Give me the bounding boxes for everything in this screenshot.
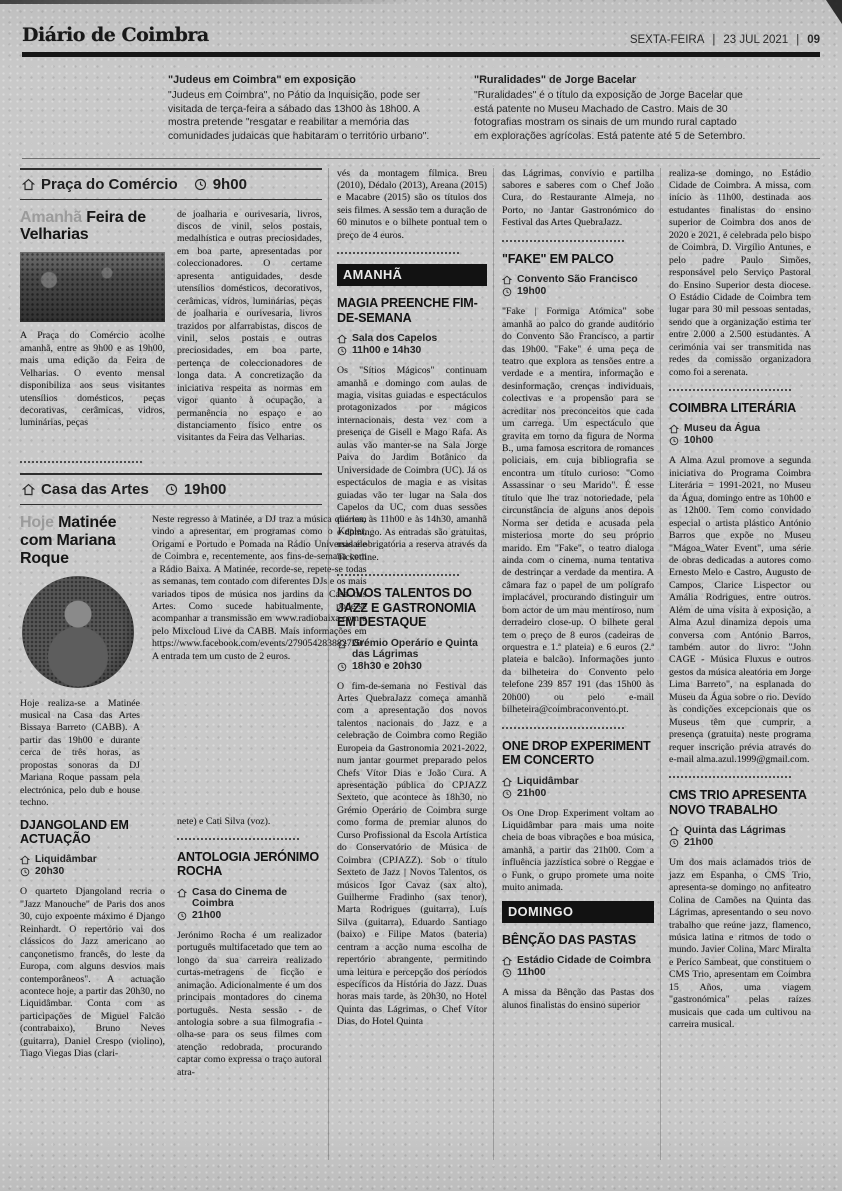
clock-icon — [502, 968, 512, 978]
casa-left-column: Hoje Matinée com Mariana Roque Hoje real… — [20, 514, 140, 816]
event-body: "Fake | Formiga Atómica" sobe amanhã ao … — [502, 306, 654, 716]
section-header-praca-comercio: Praça do Comércio 9h00 — [20, 168, 322, 200]
house-icon — [22, 178, 35, 191]
event-meta: Casa do Cinema de Coimbra 21h00 — [177, 887, 322, 921]
event-time: 11h00 e 14h30 — [337, 345, 487, 356]
event-title: CMS TRIO APRESENTA NOVO TRABALHO — [669, 788, 811, 817]
antologia-continuation: vés da montagem fílmica. Breu (2010), Dé… — [337, 168, 487, 243]
masthead-logo: Diário de Coimbra — [22, 24, 209, 46]
event-meta: Liquidâmbar 21h00 — [502, 776, 654, 799]
article-headline: Hoje Matinée com Mariana Roque — [20, 514, 140, 568]
event-body: Um dos mais aclamados trios de jazz em E… — [669, 857, 811, 1031]
article-headline: Amanhã Feira de Velharias — [20, 209, 165, 245]
event-time: 10h00 — [669, 435, 811, 446]
briefs-box: "Judeus em Coimbra" em exposição "Judeus… — [168, 73, 752, 144]
section-header-casa-artes: Casa das Artes 19h00 — [20, 473, 322, 505]
clock-icon — [502, 789, 512, 799]
praca-right-column: de joalharia e ourivesaria, livros, disc… — [177, 209, 322, 451]
clock-icon — [337, 662, 347, 672]
clock-icon — [669, 838, 679, 848]
event-time: 20h30 — [20, 866, 165, 877]
brief-judeus: "Judeus em Coimbra" em exposição "Judeus… — [168, 73, 440, 144]
event-time: 19h00 — [502, 286, 654, 297]
dotted-separator — [177, 837, 299, 840]
mariana-roque-photo — [22, 576, 134, 688]
event-venue: Grémio Operário e Quinta das Lágrimas — [337, 638, 487, 660]
event-cms-trio: CMS TRIO APRESENTA NOVO TRABALHO Quinta … — [669, 788, 811, 1031]
header-rule — [22, 52, 820, 57]
event-venue: Estádio Cidade de Coimbra — [502, 955, 654, 966]
event-bencao-pastas: BÊNÇÃO DAS PASTAS Estádio Cidade de Coim… — [502, 933, 654, 1012]
clock-icon — [20, 867, 30, 877]
event-body: A missa da Bênção das Pastas dos alunos … — [502, 987, 654, 1012]
article-text: A Praça do Comércio acolhe amanhã, entre… — [20, 330, 165, 430]
separator: | — [712, 34, 715, 46]
date: 23 JUL 2021 — [723, 34, 788, 46]
event-body: A Alma Azul promove a segunda iniciativa… — [669, 455, 811, 766]
event-meta: Estádio Cidade de Coimbra 11h00 — [502, 955, 654, 978]
event-one-drop: ONE DROP EXPERIMENT EM CONCERTO Liquidâm… — [502, 739, 654, 895]
event-meta: Sala dos Capelos 11h00 e 14h30 — [337, 333, 487, 356]
dotted-separator — [337, 573, 459, 576]
left-second-column-tail: nete) e Cati Silva (voz). ANTOLOGIA JERÓ… — [177, 816, 322, 1086]
section-venue: Praça do Comércio — [41, 176, 178, 193]
event-title: COIMBRA LITERÁRIA — [669, 401, 811, 415]
left-bottom-row: DJANGOLAND EM ACTUAÇÃO Liquidâmbar — [20, 816, 322, 1086]
clock-icon — [165, 483, 178, 496]
scan-artifact-top — [0, 0, 589, 4]
house-icon — [502, 956, 512, 966]
event-venue: Liquidâmbar — [502, 776, 654, 787]
article-text: de joalharia e ourivesaria, livros, disc… — [177, 209, 322, 445]
event-body: Os "Sítios Mágicos" continuam amanhã e d… — [337, 365, 487, 564]
event-time: 21h00 — [669, 837, 811, 848]
brief-body: "Judeus em Coimbra", no Pátio da Inquisi… — [168, 89, 440, 143]
main-content: Praça do Comércio 9h00 Amanhã Feira de V… — [20, 168, 822, 1160]
dotted-separator — [669, 775, 791, 778]
bencao-continuation: realiza-se domingo, no Estádio Cidade de… — [669, 168, 811, 379]
event-meta: Quinta das Lágrimas 21h00 — [669, 825, 811, 848]
event-meta: Convento São Francisco 19h00 — [502, 274, 654, 297]
house-icon — [22, 483, 35, 496]
event-venue: Liquidâmbar — [20, 854, 165, 865]
event-time: 18h30 e 20h30 — [337, 661, 487, 672]
event-title: "FAKE" EM PALCO — [502, 252, 654, 266]
column-5: realiza-se domingo, no Estádio Cidade de… — [660, 168, 811, 1160]
event-title: DJANGOLAND EM ACTUAÇÃO — [20, 818, 165, 847]
house-icon — [669, 826, 679, 836]
event-venue: Quinta das Lágrimas — [669, 825, 811, 836]
day-banner-domingo: DOMINGO — [502, 901, 654, 923]
page-header: Diário de Coimbra SEXTA-FEIRA | 23 JUL 2… — [0, 0, 842, 52]
event-body: Jerónimo Rocha é um realizador português… — [177, 930, 322, 1079]
event-venue: Sala dos Capelos — [337, 333, 487, 344]
event-time: 21h00 — [502, 788, 654, 799]
article-text: Hoje realiza-se a Matinée musical na Cas… — [20, 698, 140, 810]
event-title: MAGIA PREENCHE FIM-DE-SEMANA — [337, 296, 487, 325]
scan-artifact-corner — [826, 0, 842, 24]
house-icon — [669, 424, 679, 434]
djangoland-continuation: nete) e Cati Silva (voz). — [177, 816, 322, 828]
clock-icon — [177, 911, 187, 921]
house-icon — [20, 855, 30, 865]
clock-icon — [502, 287, 512, 297]
briefs-divider — [22, 158, 820, 159]
dotted-separator — [20, 460, 142, 463]
event-meta: Grémio Operário e Quinta das Lágrimas 18… — [337, 638, 487, 672]
house-icon — [177, 888, 187, 898]
casa-article: Hoje Matinée com Mariana Roque Hoje real… — [20, 514, 322, 816]
event-meta: Museu da Água 10h00 — [669, 423, 811, 446]
event-title: ONE DROP EXPERIMENT EM CONCERTO — [502, 739, 654, 768]
event-title: NOVOS TALENTOS DO JAZZ E GASTRONOMIA EM … — [337, 586, 487, 629]
event-title: ANTOLOGIA JERÓNIMO ROCHA — [177, 850, 322, 879]
separator: | — [796, 34, 799, 46]
page-number: 09 — [807, 34, 820, 46]
dotted-separator — [669, 388, 791, 391]
column-4: das Lágrimas, convívio e partilha sabore… — [493, 168, 654, 1160]
clock-icon — [337, 346, 347, 356]
left-region: Praça do Comércio 9h00 Amanhã Feira de V… — [20, 168, 322, 1160]
section-venue: Casa das Artes — [41, 481, 149, 498]
house-icon — [337, 639, 347, 649]
house-icon — [502, 275, 512, 285]
event-novos-talentos: NOVOS TALENTOS DO JAZZ E GASTRONOMIA EM … — [337, 586, 487, 1029]
section-time: 19h00 — [184, 481, 227, 498]
event-fake: "FAKE" EM PALCO Convento São Francisco 1… — [502, 252, 654, 717]
event-time: 11h00 — [502, 967, 654, 978]
brief-ruralidades: "Ruralidades" de Jorge Bacelar "Ruralida… — [474, 73, 746, 144]
event-coimbra-literaria: COIMBRA LITERÁRIA Museu da Água 10h00 — [669, 401, 811, 766]
brief-title: "Judeus em Coimbra" em exposição — [168, 73, 440, 87]
dotted-separator — [502, 239, 624, 242]
event-body: O fim-de-semana no Festival das Artes Qu… — [337, 681, 487, 1029]
dotted-separator — [337, 251, 459, 254]
house-icon — [337, 334, 347, 344]
praca-article: Amanhã Feira de Velharias A Praça do Com… — [20, 209, 322, 451]
event-magia: MAGIA PREENCHE FIM-DE-SEMANA Sala dos Ca… — [337, 296, 487, 564]
brief-body: "Ruralidades" é o título da exposição de… — [474, 89, 746, 143]
event-djangoland: DJANGOLAND EM ACTUAÇÃO Liquidâmbar — [20, 816, 165, 1082]
dateline: SEXTA-FEIRA | 23 JUL 2021 | 09 — [630, 34, 820, 46]
column-3: vés da montagem fílmica. Breu (2010), Dé… — [328, 168, 487, 1160]
feira-velharias-photo — [20, 252, 165, 322]
headline-kicker: Amanhã — [20, 209, 82, 226]
event-body: Os One Drop Experiment voltam ao Liquidâ… — [502, 808, 654, 895]
event-meta: Liquidâmbar 20h30 — [20, 854, 165, 877]
newspaper-page: Diário de Coimbra SEXTA-FEIRA | 23 JUL 2… — [0, 0, 842, 1191]
section-time: 9h00 — [213, 176, 247, 193]
weekday: SEXTA-FEIRA — [630, 34, 705, 46]
event-venue: Convento São Francisco — [502, 274, 654, 285]
novos-continuation: das Lágrimas, convívio e partilha sabore… — [502, 168, 654, 230]
praca-left-column: Amanhã Feira de Velharias A Praça do Com… — [20, 209, 165, 451]
headline-kicker: Hoje — [20, 514, 54, 531]
event-venue: Casa do Cinema de Coimbra — [177, 887, 322, 909]
dotted-separator — [502, 726, 624, 729]
event-antologia: ANTOLOGIA JERÓNIMO ROCHA Casa do Cinema … — [177, 850, 322, 1079]
event-title: BÊNÇÃO DAS PASTAS — [502, 933, 654, 947]
event-time: 21h00 — [177, 910, 322, 921]
clock-icon — [669, 436, 679, 446]
event-venue: Museu da Água — [669, 423, 811, 434]
event-body: O quarteto Djangoland recria o "Jazz Man… — [20, 886, 165, 1060]
clock-icon — [194, 178, 207, 191]
day-banner-amanha: AMANHÃ — [337, 264, 487, 286]
brief-title: "Ruralidades" de Jorge Bacelar — [474, 73, 746, 87]
house-icon — [502, 777, 512, 787]
